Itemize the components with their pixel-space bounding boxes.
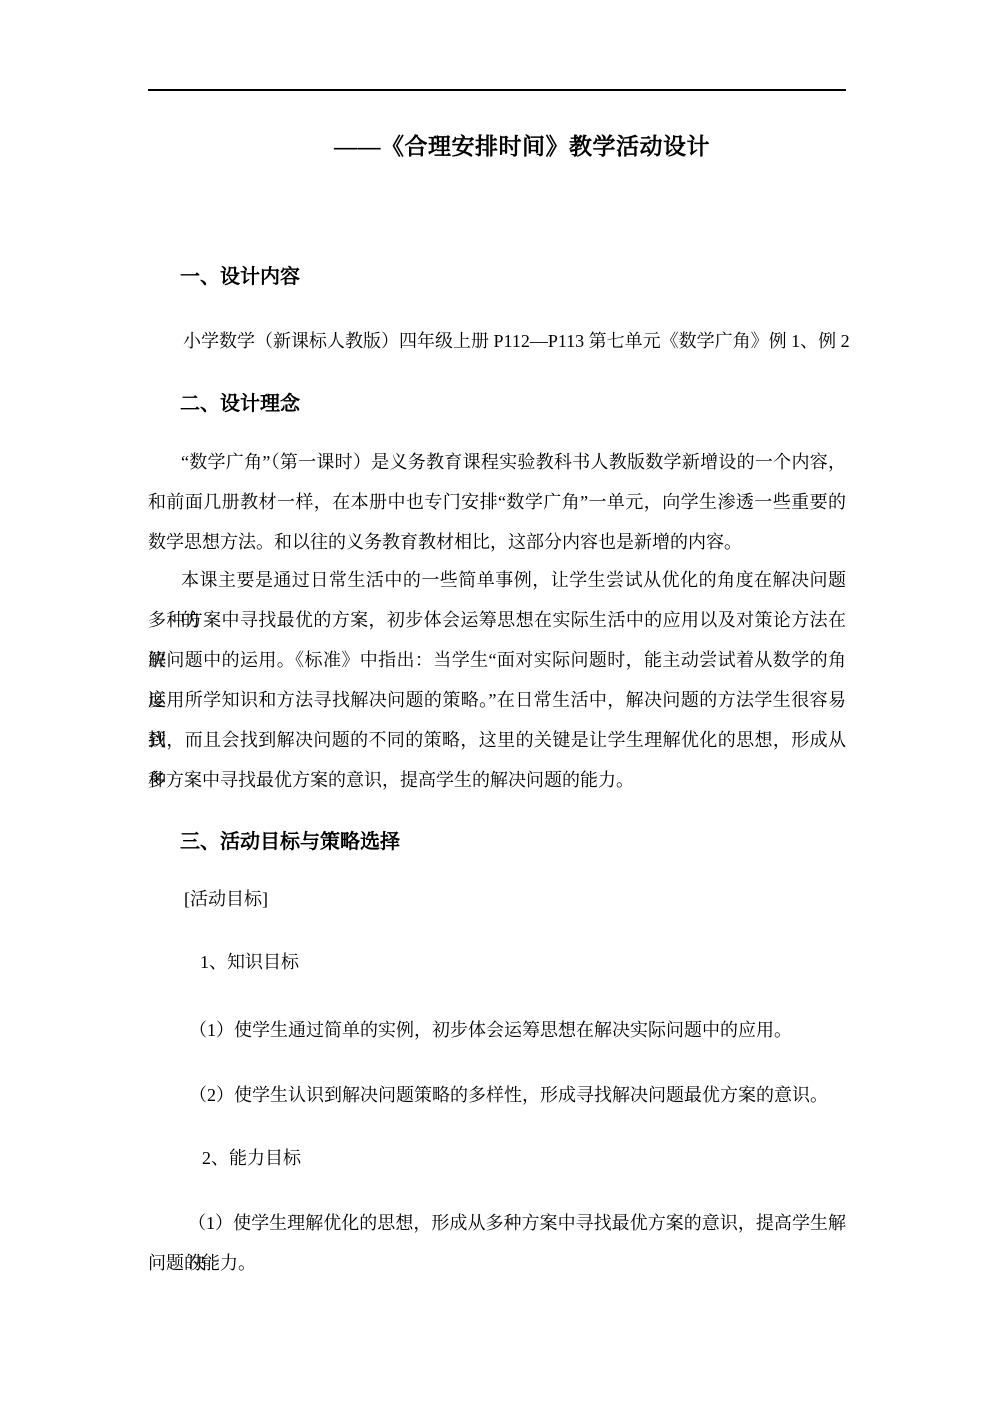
paragraph-line: 到，而且会找到解决问题的不同的策略，这里的关键是让学生理解优化的思想，形成从多 [148, 720, 846, 760]
activity-goals-bracket-label: [活动目标] [184, 886, 268, 912]
design-concept-paragraph-1: “数学广角”（第一课时）是义务教育课程实验教科书人教版数学新增设的一个内容， 和… [148, 442, 846, 562]
ability-goal-item-1: （1）使学生理解优化的思想，形成从多种方案中寻找最优方案的意识，提高学生解决 问… [148, 1203, 846, 1283]
section-heading-design-concept: 二、设计理念 [180, 391, 300, 417]
paragraph-line: 多种方案中寻找最优的方案，初步体会运筹思想在实际生活中的应用以及对策论方法在解 [148, 600, 846, 640]
design-content-text: 小学数学（新课标人教版）四年级上册 P112—P113 第七单元《数学广角》例 … [183, 328, 850, 354]
document-page: ——《合理安排时间》教学活动设计 一、设计内容 小学数学（新课标人教版）四年级上… [0, 0, 993, 1404]
section-heading-activity-goals: 三、活动目标与策略选择 [180, 829, 400, 855]
knowledge-goal-heading: 1、知识目标 [200, 949, 299, 975]
design-concept-paragraph-2: 本课主要是通过日常生活中的一些简单事例，让学生尝试从优化的角度在解决问题的 多种… [148, 560, 846, 800]
knowledge-goal-item-1: （1）使学生通过简单的实例，初步体会运筹思想在解决实际问题中的应用。 [189, 1017, 792, 1043]
ability-goal-heading: 2、能力目标 [202, 1145, 301, 1171]
paragraph-line: 和前面几册教材一样，在本册中也专门安排“数学广角”一单元，向学生渗透一些重要的 [148, 482, 846, 522]
paragraph-line: 种方案中寻找最优方案的意识，提高学生的解决问题的能力。 [148, 760, 846, 800]
header-rule [148, 89, 846, 91]
paragraph-line: 决问题中的运用。《标准》中指出：当学生“面对实际问题时，能主动尝试着从数学的角度 [148, 640, 846, 680]
paragraph-line: 问题的能力。 [148, 1243, 846, 1283]
document-title: ——《合理安排时间》教学活动设计 [148, 132, 846, 162]
paragraph-line: “数学广角”（第一课时）是义务教育课程实验教科书人教版数学新增设的一个内容， [148, 442, 846, 482]
paragraph-line: 数学思想方法。和以往的义务教育教材相比，这部分内容也是新增的内容。 [148, 522, 846, 562]
paragraph-line: 本课主要是通过日常生活中的一些简单事例，让学生尝试从优化的角度在解决问题的 [148, 560, 846, 600]
section-heading-design-content: 一、设计内容 [180, 264, 300, 290]
paragraph-line: （1）使学生理解优化的思想，形成从多种方案中寻找最优方案的意识，提高学生解决 [148, 1203, 846, 1243]
paragraph-line: 运用所学知识和方法寻找解决问题的策略。”在日常生活中，解决问题的方法学生很容易找 [148, 680, 846, 720]
knowledge-goal-item-2: （2）使学生认识到解决问题策略的多样性，形成寻找解决问题最优方案的意识。 [189, 1082, 828, 1108]
